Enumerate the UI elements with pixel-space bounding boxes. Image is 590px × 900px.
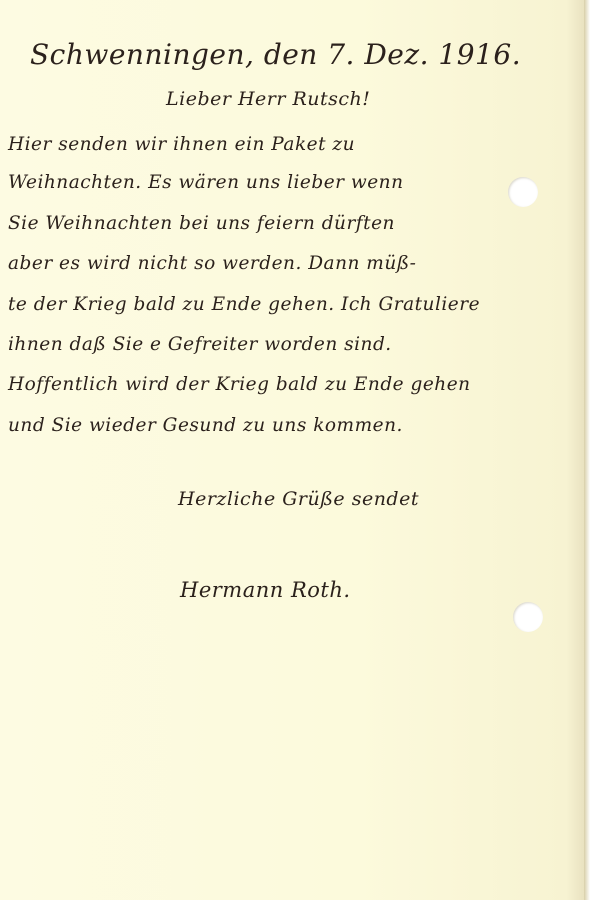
body-line: Sie Weihnachten bei uns feiern dürften bbox=[8, 213, 395, 234]
closing-greeting: Herzliche Grüße sendet bbox=[178, 488, 419, 510]
place-date: Schwenningen, den 7. Dez. 1916. bbox=[30, 38, 521, 71]
punch-hole-bottom bbox=[513, 602, 543, 632]
body-line: aber es wird nicht so werden. Dann müß- bbox=[8, 253, 416, 274]
body-line: Hier senden wir ihnen ein Paket zu bbox=[8, 134, 355, 155]
body-line: te der Krieg bald zu Ende gehen. Ich Gra… bbox=[8, 294, 480, 315]
body-line: und Sie wieder Gesund zu uns kommen. bbox=[8, 415, 403, 436]
body-line: ihnen daß Sie e Gefreiter worden sind. bbox=[8, 334, 392, 355]
body-line: Weihnachten. Es wären uns lieber wenn bbox=[8, 172, 404, 193]
signature: Hermann Roth. bbox=[180, 578, 351, 602]
salutation: Lieber Herr Rutsch! bbox=[166, 88, 370, 110]
letter-page: Schwenningen, den 7. Dez. 1916. Lieber H… bbox=[0, 0, 590, 900]
punch-hole-top bbox=[508, 177, 538, 207]
body-line: Hoffentlich wird der Krieg bald zu Ende … bbox=[8, 374, 471, 395]
paper-edge bbox=[584, 0, 590, 900]
